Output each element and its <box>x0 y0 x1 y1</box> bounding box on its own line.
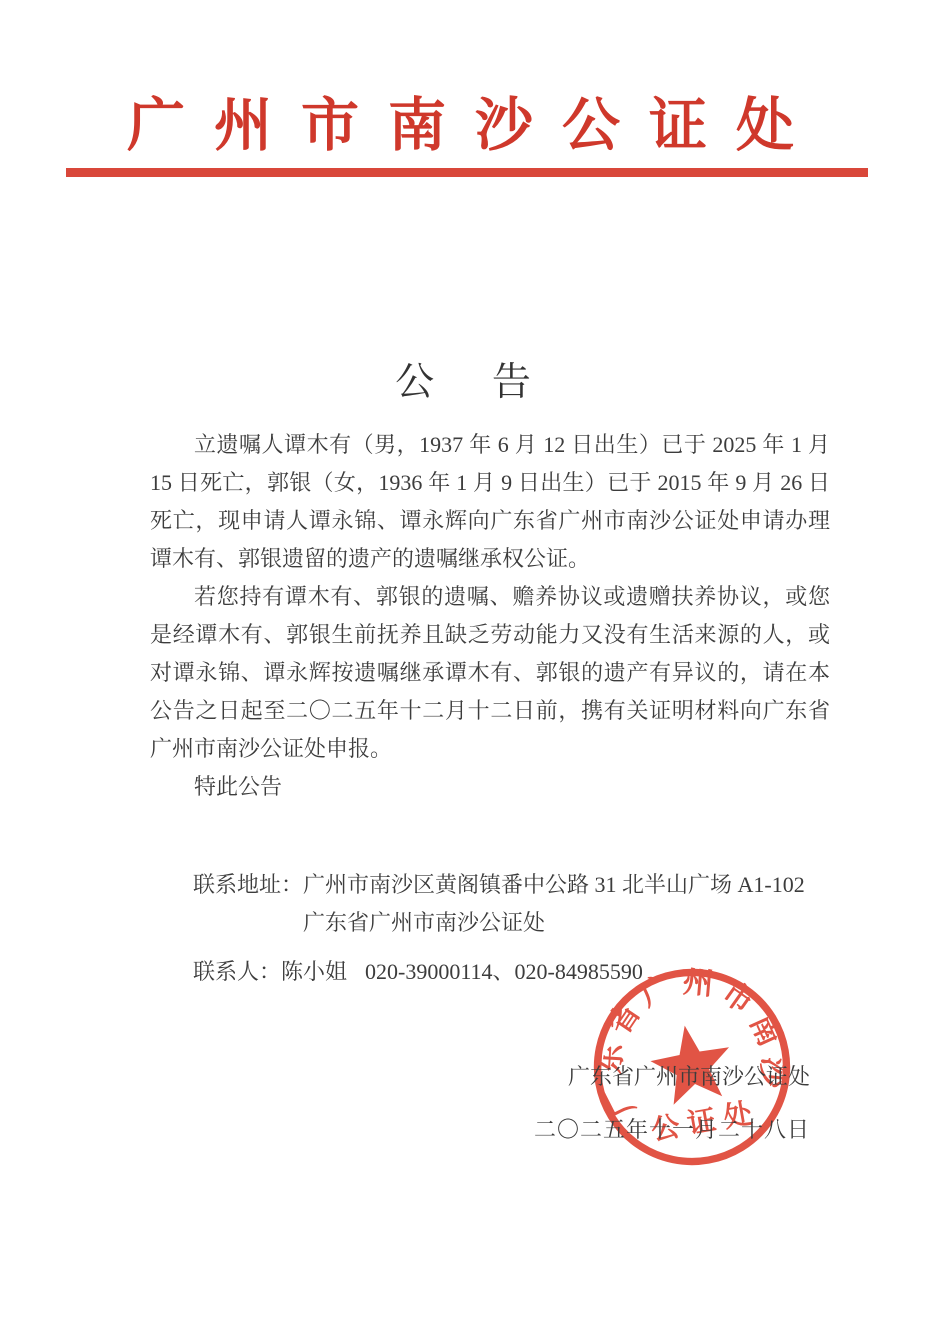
notice-paragraph-closing: 特此公告 <box>150 768 830 806</box>
contact-address-line2: 广东省广州市南沙公证处 <box>303 904 805 942</box>
signature-date: 二〇二五年十一月二十八日 <box>534 1111 810 1149</box>
contact-block: 联系地址：广州市南沙区黄阁镇番中公路 31 北半山广场 A1-102 广东省广州… <box>193 866 805 991</box>
contact-address-value: 广州市南沙区黄阁镇番中公路 31 北半山广场 A1-102 <box>303 872 805 897</box>
notice-title: 公 告 <box>0 351 950 407</box>
contact-address-line1: 联系地址：广州市南沙区黄阁镇番中公路 31 北半山广场 A1-102 <box>193 866 805 904</box>
contact-person-label: 联系人： <box>193 959 281 984</box>
notice-body: 立遗嘱人谭木有（男，1937 年 6 月 12 日出生）已于 2025 年 1 … <box>150 426 830 806</box>
notice-paragraph-1: 立遗嘱人谭木有（男，1937 年 6 月 12 日出生）已于 2025 年 1 … <box>150 426 830 578</box>
contact-person-line: 联系人：陈小姐020-39000114、020-84985590 <box>193 953 805 991</box>
contact-person-name: 陈小姐 <box>281 959 347 984</box>
notice-paragraph-2: 若您持有谭木有、郭银的遗嘱、赡养协议或遗赠扶养协议，或您是经谭木有、郭银生前抚养… <box>150 578 830 768</box>
contact-phone-numbers: 020-39000114、020-84985590 <box>365 959 643 984</box>
signature-org: 广东省广州市南沙公证处 <box>534 1058 810 1096</box>
header-red-divider <box>66 168 868 177</box>
notary-office-header-title: 广州市南沙公证处 <box>0 78 950 162</box>
contact-address-label: 联系地址： <box>193 872 303 897</box>
signature-block: 广东省广州市南沙公证处 二〇二五年十一月二十八日 <box>534 1058 810 1149</box>
scanned-notice-document: 广州市南沙公证处 公 告 立遗嘱人谭木有（男，1937 年 6 月 12 日出生… <box>0 0 950 1343</box>
